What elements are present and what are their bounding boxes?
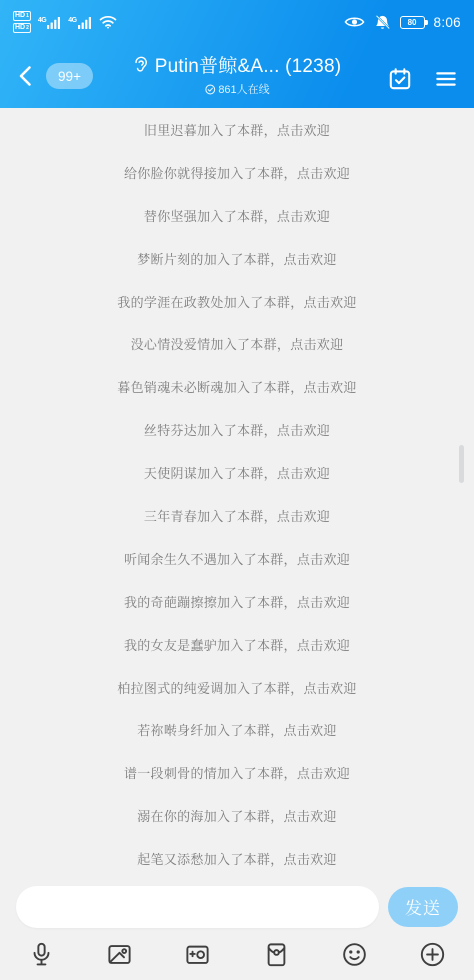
join-message[interactable]: 若祢啭身纤加入了本群，点击欢迎: [137, 720, 337, 739]
join-message-row: 溺在你的海加入了本群，点击欢迎: [0, 794, 474, 837]
composer-toolbar: [0, 932, 474, 976]
eye-protection-icon: [344, 15, 365, 29]
join-message[interactable]: 没心情没爱情加入了本群，点击欢迎: [131, 334, 344, 353]
join-message-row: 梦断片刻的加入了本群，点击欢迎: [0, 237, 474, 280]
online-check-icon: [204, 84, 215, 95]
signal-bars-icon-sim2: 4G: [68, 16, 91, 29]
microphone-icon[interactable]: [26, 939, 56, 969]
unread-count-badge[interactable]: 99+: [46, 63, 93, 89]
camera-icon[interactable]: [183, 939, 213, 969]
online-count: 861人在线: [218, 81, 269, 97]
menu-button[interactable]: [432, 65, 459, 92]
join-message[interactable]: 丝特芬达加入了本群，点击欢迎: [144, 420, 330, 439]
join-message[interactable]: 暮色销魂未必断魂加入了本群，点击欢迎: [117, 377, 356, 396]
join-message[interactable]: 溺在你的海加入了本群，点击欢迎: [137, 806, 337, 825]
join-message[interactable]: 我的奇葩蹦擦擦加入了本群，点击欢迎: [124, 592, 350, 611]
join-message[interactable]: 我的学涯在政教处加入了本群，点击欢迎: [117, 292, 356, 311]
group-title: Putin普鲸&A... (1238): [155, 51, 342, 78]
join-message-row: 三年青春加入了本群，点击欢迎: [0, 494, 474, 537]
battery-icon: 80: [400, 16, 425, 29]
join-message[interactable]: 梦断片刻的加入了本群，点击欢迎: [137, 249, 337, 268]
join-message-row: 我的奇葩蹦擦擦加入了本群，点击欢迎: [0, 580, 474, 623]
join-message[interactable]: 我的女友是蠢驴加入了本群，点击欢迎: [124, 635, 350, 654]
join-message-row: 我的学涯在政教处加入了本群，点击欢迎: [0, 280, 474, 323]
join-message[interactable]: 听闻余生久不遇加入了本群，点击欢迎: [124, 549, 350, 568]
battery-percent: 80: [408, 18, 417, 27]
emoji-icon[interactable]: [340, 939, 370, 969]
status-bar: HD1 HD2 4G 4G: [0, 0, 474, 44]
join-message-row: 替你坚强加入了本群，点击欢迎: [0, 194, 474, 237]
calendar-check-button[interactable]: [386, 65, 413, 92]
join-message-row: 柏拉图式的纯爱调加入了本群，点击欢迎: [0, 666, 474, 709]
back-button[interactable]: [10, 61, 40, 91]
scrollbar-thumb[interactable]: [459, 445, 464, 483]
join-message-row: 旧里迟暮加入了本群，点击欢迎: [0, 108, 474, 151]
message-input[interactable]: [16, 886, 379, 928]
join-message[interactable]: 旧里迟暮加入了本群，点击欢迎: [144, 120, 330, 139]
signal-bars-icon-sim1: 4G: [38, 16, 61, 29]
join-message-row: 天使阴谋加入了本群，点击欢迎: [0, 451, 474, 494]
wifi-icon: [99, 15, 117, 29]
join-message-row: 谱一段刺骨的情加入了本群，点击欢迎: [0, 751, 474, 794]
join-message-row: 丝特芬达加入了本群，点击欢迎: [0, 408, 474, 451]
message-composer: 发送: [0, 881, 474, 932]
join-message[interactable]: 给你脸你就得接加入了本群，点击欢迎: [124, 163, 350, 182]
join-message-row: 我的女友是蠢驴加入了本群，点击欢迎: [0, 623, 474, 666]
join-message[interactable]: 天使阴谋加入了本群，点击欢迎: [144, 463, 330, 482]
chat-header: 99+ Putin普鲸&A... (1238): [0, 44, 474, 108]
join-message[interactable]: 三年青春加入了本群，点击欢迎: [144, 506, 330, 525]
join-message[interactable]: 柏拉图式的纯爱调加入了本群，点击欢迎: [117, 678, 356, 697]
red-packet-icon[interactable]: [261, 939, 291, 969]
join-message-row: 若祢啭身纤加入了本群，点击欢迎: [0, 708, 474, 751]
notifications-muted-icon: [374, 14, 391, 31]
clock-time: 8:06: [434, 15, 461, 30]
ear-listening-icon: [133, 55, 149, 75]
send-button[interactable]: 发送: [388, 887, 458, 927]
hd-volte-icon: HD1 HD2: [13, 11, 31, 33]
join-message[interactable]: 起笔又添愁加入了本群，点击欢迎: [137, 849, 337, 868]
top-bar: HD1 HD2 4G 4G: [0, 0, 474, 108]
photo-icon[interactable]: [104, 939, 134, 969]
group-title-block: Putin普鲸&A... (1238) 861人在线: [133, 51, 342, 97]
join-message-row: 没心情没爱情加入了本群，点击欢迎: [0, 322, 474, 365]
join-message-row: 暮色销魂未必断魂加入了本群，点击欢迎: [0, 365, 474, 408]
join-message[interactable]: 替你坚强加入了本群，点击欢迎: [144, 206, 330, 225]
join-message-row: 起笔又添愁加入了本群，点击欢迎: [0, 837, 474, 880]
plus-icon[interactable]: [418, 939, 448, 969]
join-message-row: 听闻余生久不遇加入了本群，点击欢迎: [0, 537, 474, 580]
join-message[interactable]: 谱一段刺骨的情加入了本群，点击欢迎: [124, 763, 350, 782]
qq-group-chat-screen: HD1 HD2 4G 4G: [0, 0, 474, 980]
join-message-row: 给你脸你就得接加入了本群，点击欢迎: [0, 151, 474, 194]
chat-area: 旧里迟暮加入了本群，点击欢迎 给你脸你就得接加入了本群，点击欢迎 替你坚强加入了…: [0, 108, 474, 880]
